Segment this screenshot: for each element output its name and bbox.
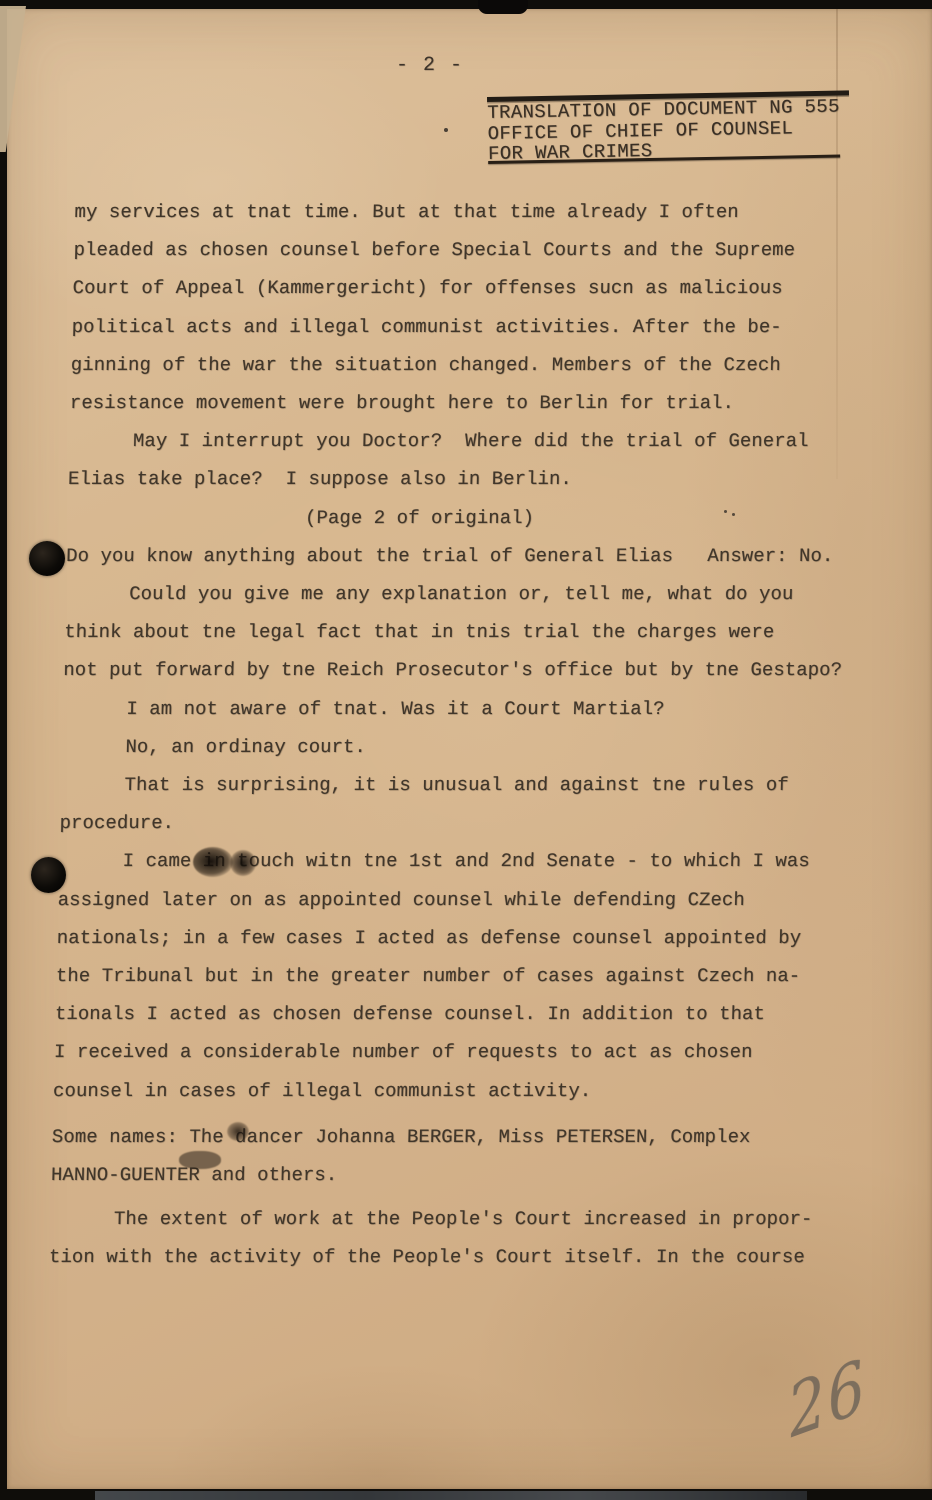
typed-line-23: I received a considerable number of requ… [0,1033,911,1071]
scan-edge-artifact [478,0,528,14]
typed-line-11: Could you give me any explanation or, te… [0,575,923,613]
hole-punch [31,857,66,893]
document-stamp: TRANSLATION OF DOCUMENT NG 555 OFFICE OF… [487,90,850,164]
typed-line-14: I am not aware of tnat. Was it a Court M… [0,690,920,728]
typed-line-3: Court of Appeal (Kammergericht) for offe… [0,269,930,307]
typed-line-22: tionals I acted as chosen defense counse… [0,995,912,1033]
typed-line-6: resistance movement were brought here to… [0,384,927,422]
typed-line-8: Elias take place? I suppose also in Berl… [0,460,925,498]
typed-line-17: procedure. [0,804,917,842]
typed-line-16: That is surprising, it is unusual and ag… [0,766,918,804]
typed-line-9: (Page 2 of original) [0,499,925,537]
typed-line-20: nationals; in a few cases I acted as def… [0,919,914,957]
typed-line-7: May I interrupt you Doctor? Where did th… [0,422,926,460]
typed-line-2: pleaded as chosen counsel before Special… [0,231,931,269]
typed-line-27: The extent of work at the People's Court… [0,1200,907,1238]
typed-line-18: I came in touch witn tne 1st and 2nd Sen… [0,842,916,880]
ink-speck [444,128,448,132]
typed-line-21: the Tribunal but in the greater number o… [0,957,913,995]
typed-line-15: No, an ordinay court. [0,728,919,766]
typed-line-5: ginning of the war the situation changed… [0,346,928,384]
typed-line-28: tion with the activity of the People's C… [0,1238,906,1276]
typed-line-25: Some names: The dancer Johanna BERGER, M… [0,1118,909,1156]
typed-line-4: political acts and illegal communist act… [0,308,929,346]
typed-line-10: Do you know anything about the trial of … [0,537,924,575]
typed-line-26: HANNO-GUENTER and others. [0,1156,908,1194]
typed-body-text: my services at tnat time. But at that ti… [0,193,932,1277]
typed-line-19: assigned later on as appointed counsel w… [0,881,915,919]
hole-punch [29,541,65,576]
page-number: - 2 - [396,54,464,77]
typed-line-13: not put forward by tne Reich Prosecutor'… [0,651,921,689]
scan-edge-artifact [95,1491,807,1500]
typed-line-12: think about tne legal fact that in tnis … [0,613,922,651]
typed-line-24: counsel in cases of illegal communist ac… [0,1072,911,1110]
scanned-document-page: - 2 - TRANSLATION OF DOCUMENT NG 555 OFF… [0,0,932,1500]
typed-line-1: my services at tnat time. But at that ti… [0,193,932,231]
